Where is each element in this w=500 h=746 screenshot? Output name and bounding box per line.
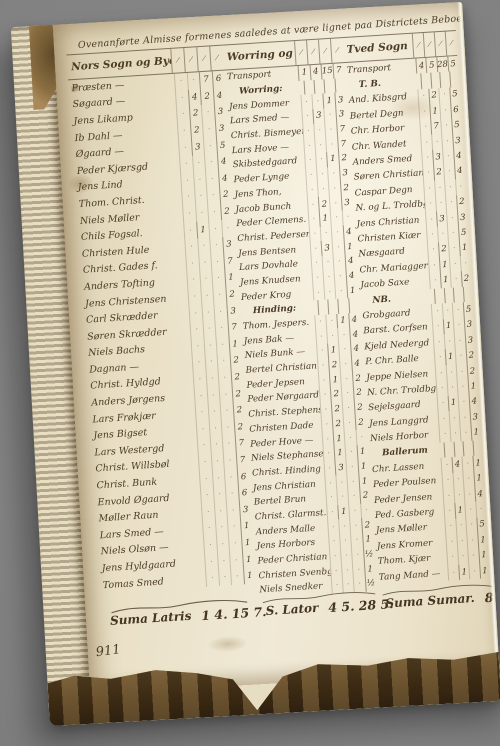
value-cell: · xyxy=(333,254,345,269)
value-cell: · xyxy=(201,504,214,521)
value-cell: 4 xyxy=(218,170,231,187)
value-cell: 2 xyxy=(200,88,213,105)
value-cell: · xyxy=(314,314,326,329)
value-cell: 2 xyxy=(230,369,243,386)
value-cell: 3 xyxy=(339,166,351,181)
value-cell: · xyxy=(194,188,207,205)
value-cell: · xyxy=(222,436,235,453)
value-cell: · xyxy=(339,357,351,372)
value-cell: · xyxy=(201,304,214,321)
value-cell: · xyxy=(311,270,323,285)
value-cell: 2 xyxy=(352,371,364,386)
value-cell: · xyxy=(319,402,331,417)
value-cell: · xyxy=(448,565,459,581)
value-cell: 3 xyxy=(222,236,235,253)
value-cell: · xyxy=(202,520,215,537)
value-cell: · xyxy=(464,487,475,503)
value-cell: · xyxy=(314,138,326,153)
value-cell: 7 xyxy=(336,122,348,137)
value-cell: · xyxy=(214,503,227,520)
value-cell: · xyxy=(202,321,215,338)
value-cell: 5 xyxy=(462,302,473,318)
value-cell: 2 xyxy=(330,387,342,402)
value-cell: · xyxy=(311,94,323,109)
value-cell: · xyxy=(195,205,208,222)
value-cell: · xyxy=(444,503,455,519)
value-cell: · xyxy=(210,453,223,470)
value-cell: · xyxy=(332,240,344,255)
value-cell: · xyxy=(425,211,436,227)
value-cell: · xyxy=(189,305,202,322)
value-cell: 1 xyxy=(242,551,255,568)
value-cell: · xyxy=(423,165,434,181)
value-cell: · xyxy=(203,138,216,155)
value-cell: 2 xyxy=(190,122,203,139)
value-cell: · xyxy=(347,474,359,489)
value-cell: 6 xyxy=(211,71,224,88)
value-cell: 1 xyxy=(337,313,349,328)
value-cell: 4 xyxy=(187,89,200,106)
value-cell: · xyxy=(418,89,429,105)
value-cell: 5 xyxy=(458,225,469,241)
value-cell: · xyxy=(455,348,466,364)
value-cell: · xyxy=(309,241,321,256)
value-cell: · xyxy=(329,196,341,211)
value-cell: 4 xyxy=(342,224,354,239)
value-cell: · xyxy=(204,354,217,371)
value-cell: · xyxy=(324,476,336,491)
value-cell: · xyxy=(221,220,234,237)
value-cell: · xyxy=(335,284,347,299)
value-cell: · xyxy=(302,124,314,139)
value-cell: · xyxy=(340,372,352,387)
value-cell: 2 xyxy=(359,488,371,503)
value-cell: · xyxy=(300,95,312,110)
value-cell: · xyxy=(205,370,218,387)
value-cell: 4 xyxy=(454,163,465,179)
value-cell: · xyxy=(200,287,213,304)
value-cell: · xyxy=(336,490,348,505)
photo-of-ledger-page: Ovenanførte Almisse formenes saaledes at… xyxy=(0,0,500,746)
value-cell: · xyxy=(195,404,208,421)
value-cell: · xyxy=(202,121,215,138)
value-cell: 5 xyxy=(216,137,229,154)
value-cell: 6 xyxy=(237,485,250,502)
page-number: 911 xyxy=(95,642,122,660)
value-cell: 7 xyxy=(337,136,349,151)
value-cell: 2 xyxy=(338,151,350,166)
value-cell: · xyxy=(201,105,214,122)
ledger-table: Nors Sogn og Byes⁄⁄⁄⁄Præsten —··76Søgaar… xyxy=(66,30,493,629)
value-cell: 4 xyxy=(344,254,356,269)
value-cell: · xyxy=(313,123,325,138)
value-cell: · xyxy=(211,470,224,487)
value-cell: · xyxy=(329,549,341,564)
value-cell: · xyxy=(197,437,210,454)
value-cell: · xyxy=(197,238,210,255)
value-cell: · xyxy=(456,364,467,380)
value-cell: · xyxy=(198,254,211,271)
value-cell: · xyxy=(211,270,224,287)
value-cell: · xyxy=(330,210,342,225)
value-cell: 2 xyxy=(352,386,364,401)
value-cell: · xyxy=(450,272,461,288)
value-cell: · xyxy=(179,156,192,173)
value-cell: 4 xyxy=(217,153,230,170)
value-cell: · xyxy=(350,533,362,548)
value-cell: · xyxy=(441,133,452,149)
value-cell: 2 xyxy=(456,194,467,210)
value-cell: · xyxy=(301,109,313,124)
value-cell: · xyxy=(212,486,225,503)
value-cell: · xyxy=(438,87,449,103)
value-cell: 5 xyxy=(447,56,458,72)
value-cell: · xyxy=(459,410,470,426)
value-cell: · xyxy=(331,225,343,240)
value-cell: · xyxy=(457,379,468,395)
value-cell: 1 xyxy=(333,446,345,461)
value-cell: · xyxy=(338,519,350,534)
value-cell: · xyxy=(420,119,431,135)
value-cell: 1 xyxy=(470,425,481,441)
value-cell: · xyxy=(209,437,222,454)
value-cell: 3 xyxy=(213,104,226,121)
value-cell: 6 xyxy=(236,468,249,485)
value-cell: · xyxy=(303,139,315,154)
value-cell: · xyxy=(330,564,342,579)
value-cell: 7 xyxy=(332,63,344,78)
value-cell: 1 xyxy=(224,269,237,286)
summary-line: Suma Latris1 4. 15 7. xyxy=(102,604,259,629)
value-cell: · xyxy=(194,388,207,405)
value-cell: · xyxy=(352,562,364,577)
value-cell: 3 xyxy=(214,120,227,137)
value-cell: 2 xyxy=(233,418,246,435)
value-cell: · xyxy=(339,534,351,549)
value-cell: · xyxy=(452,302,463,318)
ledger-book: Ovenanførte Almisse formenes saaledes at… xyxy=(11,2,500,726)
value-cell: 1 xyxy=(323,93,335,108)
value-cell: · xyxy=(175,90,188,107)
value-cell: · xyxy=(447,226,458,242)
value-cell: · xyxy=(225,485,238,502)
value-cell: · xyxy=(315,152,327,167)
value-cell: · xyxy=(321,255,333,270)
value-cell: · xyxy=(224,469,237,486)
value-cell: · xyxy=(217,353,230,370)
value-cell: 2 xyxy=(465,348,476,364)
value-cell: 2 xyxy=(231,385,244,402)
value-cell: · xyxy=(462,456,473,472)
person-name: Tang Mand — xyxy=(376,568,449,583)
value-cell: 3 xyxy=(463,317,474,333)
value-cell: · xyxy=(343,416,355,431)
value-cell: · xyxy=(198,454,211,471)
person-name: Tomas Smed xyxy=(99,573,206,591)
value-cell: · xyxy=(193,371,206,388)
value-cell: · xyxy=(207,403,220,420)
value-cell: 1 xyxy=(241,534,254,551)
value-cell: · xyxy=(316,167,328,182)
value-cell: · xyxy=(340,548,352,563)
value-cell: 4 xyxy=(212,87,225,104)
value-cell: · xyxy=(348,489,360,504)
value-cell: · xyxy=(218,569,231,586)
value-cell: · xyxy=(221,419,234,436)
value-cell: · xyxy=(445,195,456,211)
value-cell: · xyxy=(310,256,322,271)
value-cell: · xyxy=(216,336,229,353)
column-mark: ⁄ xyxy=(445,31,457,56)
value-cell: 5 xyxy=(449,87,460,103)
value-cell: · xyxy=(335,475,347,490)
value-cell: 7 xyxy=(235,452,248,469)
value-cell: · xyxy=(344,430,356,445)
value-cell: · xyxy=(312,285,324,300)
value-cell: · xyxy=(327,520,339,535)
value-cell: · xyxy=(199,470,212,487)
value-cell: 4 xyxy=(468,394,479,410)
value-cell: 3 xyxy=(457,210,468,226)
value-cell: · xyxy=(328,534,340,549)
value-cell: · xyxy=(226,502,239,519)
value-cell: · xyxy=(174,73,187,90)
value-cell: · xyxy=(419,104,430,120)
value-cell: · xyxy=(218,370,231,387)
value-cell: · xyxy=(428,258,439,274)
value-cell: 3 xyxy=(191,138,204,155)
value-cell: 4 xyxy=(348,312,360,327)
value-cell: · xyxy=(320,226,332,241)
value-cell: · xyxy=(181,189,194,206)
value-cell: 3 xyxy=(335,107,347,122)
value-cell: 1 xyxy=(358,474,370,489)
value-cell: 1 xyxy=(343,239,355,254)
value-cell: · xyxy=(441,457,452,473)
value-cell: ½ xyxy=(363,547,375,562)
value-cell: · xyxy=(466,517,477,533)
value-cell: · xyxy=(349,504,361,519)
value-cell: 1 xyxy=(459,240,470,256)
value-cell: 2 xyxy=(189,105,202,122)
value-cell: · xyxy=(326,328,338,343)
value-cell: · xyxy=(220,403,233,420)
value-cell: · xyxy=(203,537,216,554)
section-title: Tved Sogn xyxy=(342,40,413,56)
value-cell: 2 xyxy=(328,358,340,373)
value-cell: · xyxy=(215,320,228,337)
value-cell: 4 xyxy=(453,148,464,164)
value-cell: · xyxy=(342,401,354,416)
value-cell: · xyxy=(180,172,193,189)
value-cell: 4 xyxy=(345,268,357,283)
value-cell: 1 xyxy=(356,444,368,459)
value-cell: 4 xyxy=(349,327,361,342)
value-cell: 2 xyxy=(232,402,245,419)
summary-line: S. Lator4 5. 28 5. xyxy=(257,597,378,620)
value-cell: · xyxy=(351,548,363,563)
value-cell: 1 xyxy=(329,372,341,387)
value-cell: · xyxy=(315,329,327,344)
value-cell: · xyxy=(178,139,191,156)
value-cell: · xyxy=(203,337,216,354)
value-cell: · xyxy=(213,303,226,320)
value-cell: · xyxy=(341,563,353,578)
value-cell: · xyxy=(217,552,230,569)
value-cell: · xyxy=(191,338,204,355)
value-cell: · xyxy=(317,182,329,197)
value-cell: 3 xyxy=(226,302,239,319)
value-cell: · xyxy=(334,269,346,284)
value-cell: · xyxy=(185,255,198,272)
value-cell: · xyxy=(434,350,445,366)
value-cell: · xyxy=(327,166,339,181)
value-cell: · xyxy=(210,254,223,271)
value-cell: 3 xyxy=(238,501,251,518)
value-cell: 2 xyxy=(220,203,233,220)
value-cell: · xyxy=(187,272,200,289)
value-cell: · xyxy=(442,149,453,165)
value-cell: · xyxy=(440,118,451,134)
value-cell: 7 xyxy=(223,253,236,270)
value-cell: · xyxy=(188,288,201,305)
value-cell: · xyxy=(183,222,196,239)
value-cell: · xyxy=(341,386,353,401)
value-cell: · xyxy=(323,461,335,476)
value-cell: · xyxy=(325,122,337,137)
value-cell: 4 xyxy=(309,65,321,80)
value-cell: · xyxy=(429,273,440,289)
value-cell: 7 xyxy=(234,435,247,452)
value-cell: · xyxy=(307,212,319,227)
value-cell: · xyxy=(345,445,357,460)
value-cell: · xyxy=(427,242,438,258)
value-cell: · xyxy=(453,318,464,334)
value-cell: 1 xyxy=(327,343,339,358)
value-cell: · xyxy=(448,241,459,257)
value-cell: · xyxy=(322,270,334,285)
value-cell: · xyxy=(215,519,228,536)
value-cell: · xyxy=(208,420,221,437)
value-cell: 2 xyxy=(353,400,365,415)
value-cell: 3 xyxy=(340,195,352,210)
value-cell: 1 xyxy=(239,518,252,535)
value-cell: 3 xyxy=(334,460,346,475)
section-title: Nors Sogn og Byes xyxy=(67,55,172,74)
value-cell: · xyxy=(360,503,372,518)
value-cell: · xyxy=(349,518,361,533)
value-cell: · xyxy=(322,446,334,461)
value-cell: 2 xyxy=(219,187,232,204)
value-cell: 2 xyxy=(361,518,373,533)
ledger-page: Ovenanførte Almisse formenes saaledes at… xyxy=(53,2,500,694)
value-cell: · xyxy=(204,553,217,570)
value-cell: · xyxy=(467,533,478,549)
value-cell: · xyxy=(228,535,241,552)
value-cell: · xyxy=(205,171,218,188)
value-cell: 2 xyxy=(318,196,330,211)
value-cell: · xyxy=(207,204,220,221)
value-cell: 3 xyxy=(321,240,333,255)
value-cell: 5 xyxy=(451,117,462,133)
value-cell: 2 xyxy=(331,402,343,417)
value-cell: · xyxy=(443,164,454,180)
value-cell: · xyxy=(176,106,189,123)
value-cell: · xyxy=(223,452,236,469)
value-cell: · xyxy=(192,355,205,372)
value-cell: · xyxy=(318,373,330,388)
value-cell: 4 xyxy=(351,356,363,371)
value-cell: 1 xyxy=(333,431,345,446)
value-cell: 3 xyxy=(452,133,463,149)
value-cell: · xyxy=(308,226,320,241)
value-cell: · xyxy=(204,154,217,171)
value-cell: 3 xyxy=(469,409,480,425)
value-cell: · xyxy=(321,432,333,447)
value-cell: · xyxy=(341,210,353,225)
value-cell: · xyxy=(454,333,465,349)
value-cell: 1 xyxy=(362,532,374,547)
value-cell: 1 xyxy=(298,65,310,80)
value-cell: · xyxy=(177,123,190,140)
value-cell: · xyxy=(305,168,317,183)
value-cell: · xyxy=(205,570,218,587)
value-cell: · xyxy=(320,417,332,432)
value-cell: 2 xyxy=(354,415,366,430)
value-cell: · xyxy=(206,187,219,204)
value-cell: · xyxy=(200,487,213,504)
value-cell: 1 xyxy=(196,221,209,238)
value-cell: · xyxy=(325,314,337,329)
value-cell: 15 xyxy=(320,64,333,79)
value-cell: · xyxy=(208,220,221,237)
value-cell: · xyxy=(328,181,340,196)
value-cell: 2 xyxy=(332,416,344,431)
value-cell: 1 xyxy=(243,567,256,584)
value-cell: · xyxy=(192,155,205,172)
value-cell: · xyxy=(306,197,318,212)
value-cell: · xyxy=(459,256,470,272)
value-cell: · xyxy=(326,505,338,520)
value-cell: · xyxy=(209,237,222,254)
value-cell: · xyxy=(325,490,337,505)
value-cell: · xyxy=(317,358,329,373)
value-cell: · xyxy=(304,153,316,168)
value-cell: 1 xyxy=(337,504,349,519)
value-cell: 1 xyxy=(346,283,358,298)
value-cell: 3 xyxy=(312,108,324,123)
value-cell: · xyxy=(323,284,335,299)
value-cell: 2 xyxy=(460,271,471,287)
value-cell: · xyxy=(219,386,232,403)
summary-line: Suma Sumar.8 6. 38 2. xyxy=(377,590,492,612)
value-cell: · xyxy=(316,344,328,359)
value-cell: · xyxy=(458,395,469,411)
value-cell: · xyxy=(325,137,337,152)
value-cell: · xyxy=(446,210,457,226)
value-cell: · xyxy=(338,342,350,357)
value-cell: 6 xyxy=(450,102,461,118)
value-cell: · xyxy=(463,471,474,487)
value-cell: 1 xyxy=(357,459,369,474)
value-cell: · xyxy=(212,287,225,304)
value-cell: · xyxy=(422,150,433,166)
value-cell: 1 xyxy=(319,211,331,226)
value-cell: · xyxy=(337,328,349,343)
value-cell: 1 xyxy=(228,336,241,353)
value-cell: 1 xyxy=(364,561,376,576)
value-cell: · xyxy=(439,103,450,119)
